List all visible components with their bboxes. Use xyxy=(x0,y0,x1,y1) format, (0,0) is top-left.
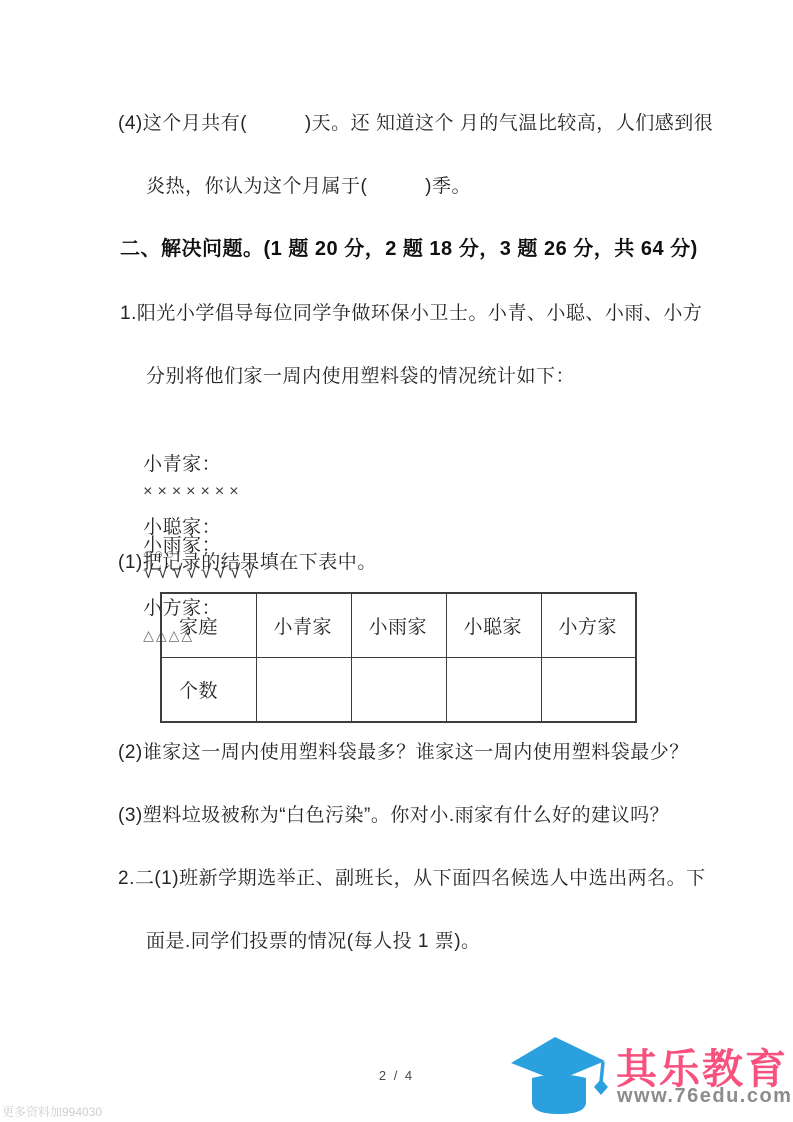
question-1-line-2: 分别将他们家一周内使用塑料袋的情况统计如下： xyxy=(146,363,575,390)
page-number: 2 / 4 xyxy=(379,1068,414,1083)
table-row-label: 个数 xyxy=(161,658,256,723)
stats-table: 家庭 小青家 小雨家 小聪家 小方家 个数 xyxy=(160,592,637,723)
table-cell-empty xyxy=(541,658,636,723)
question-1-line-1: 1.阳光小学倡导每位同学争做环保小卫士。小青、小聪、小雨、小方 xyxy=(120,300,702,327)
table-header-row: 家庭 小青家 小雨家 小聪家 小方家 xyxy=(161,593,636,658)
table-data-row: 个数 xyxy=(161,658,636,723)
question-1-sub-1: (1)把记录的结果填在下表中。 xyxy=(118,549,377,576)
brand-logo: 其乐教育 www.76edu.com xyxy=(504,1034,793,1116)
question-2-line-1: 2.二(1)班新学期选举正、副班长，从下面四名候选人中选出两名。下 xyxy=(118,865,706,892)
table-header-cell: 小青家 xyxy=(256,593,351,658)
table-header-cell: 小聪家 xyxy=(446,593,541,658)
table-header-cell: 小雨家 xyxy=(351,593,446,658)
worksheet-page: (4)这个月共有( )天。还 知道这个 月的气温比较高，人们感到很 炎热，你认为… xyxy=(0,0,793,1122)
tally-label-xiaoqing: 小青家： xyxy=(143,454,221,475)
question-4-line-2: 炎热，你认为这个月属于( )季。 xyxy=(146,173,471,200)
graduation-cap-icon xyxy=(504,1036,612,1116)
table-cell-empty xyxy=(446,658,541,723)
table-header-cell: 小方家 xyxy=(541,593,636,658)
question-1-sub-2: (2)谁家这一周内使用塑料袋最多？谁家这一周内使用塑料袋最少？ xyxy=(118,739,689,766)
table-cell-empty xyxy=(351,658,446,723)
question-2-line-2: 面是.同学们投票的情况(每人投 1 票)。 xyxy=(146,928,481,955)
watermark-text: 更多资料加994030 xyxy=(2,1103,102,1120)
table-cell-empty xyxy=(256,658,351,723)
brand-url: www.76edu.com xyxy=(617,1085,792,1108)
question-1-sub-3: (3)塑料垃圾被称为“白色污染”。你对小.雨家有什么好的建议吗？ xyxy=(118,802,669,829)
question-4-line-1: (4)这个月共有( )天。还 知道这个 月的气温比较高，人们感到很 xyxy=(118,110,713,137)
tally-label-xiaocong: 小聪家： xyxy=(143,517,221,538)
table-header-cell: 家庭 xyxy=(161,593,256,658)
section-heading: 二、解决问题。(1 题 20 分，2 题 18 分，3 题 26 分，共 64 … xyxy=(120,236,698,263)
